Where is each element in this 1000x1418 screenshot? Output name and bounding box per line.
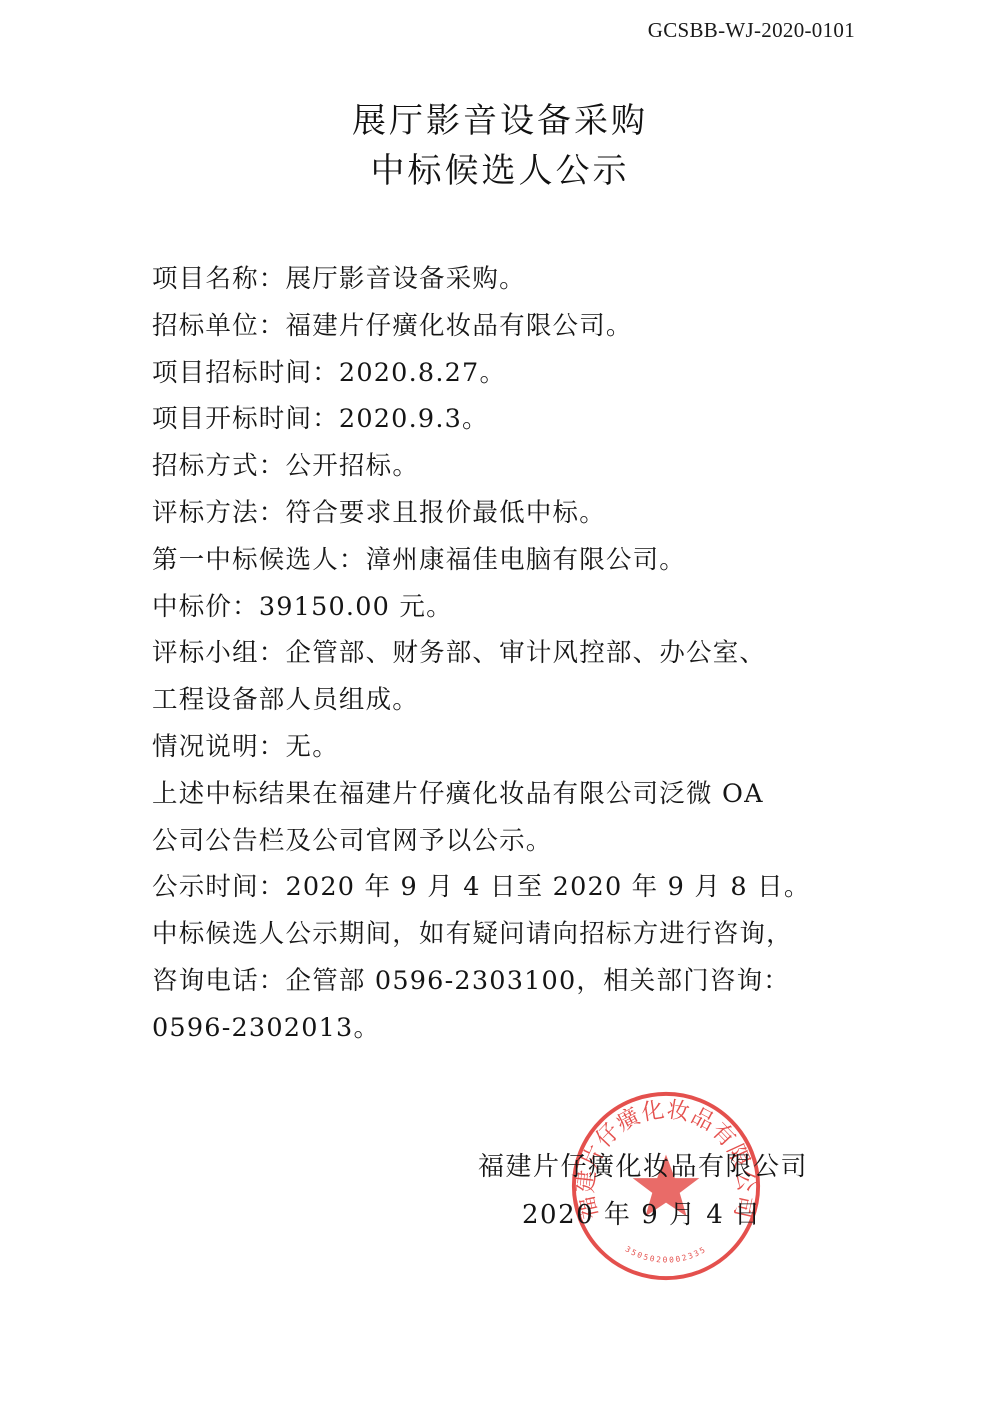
field-value: 展厅影音设备采购。 xyxy=(286,264,526,294)
signature-date: 2020 年 9 月 4 日 xyxy=(478,1191,858,1239)
svg-text:3505020002335: 3505020002335 xyxy=(624,1244,709,1264)
document-code: GCSBB-WJ-2020-0101 xyxy=(648,18,855,43)
field-bid-opening-date: 项目开标时间：2020.9.3。 xyxy=(152,396,872,443)
field-label: 评标小组： xyxy=(152,638,286,668)
field-value: 漳州康福佳电脑有限公司。 xyxy=(366,545,686,575)
field-label: 招标方式： xyxy=(152,451,286,481)
field-value: 企管部、财务部、审计风控部、办公室、 xyxy=(286,638,767,668)
field-value: 符合要求且报价最低中标。 xyxy=(286,498,606,528)
paragraph-line: 0596-2302013。 xyxy=(152,1005,872,1052)
paragraph-line: 情况说明：无。 xyxy=(152,724,872,771)
title-line-1: 展厅影音设备采购 xyxy=(0,96,1000,146)
paragraph-line: 上述中标结果在福建片仔癀化妆品有限公司泛微 OA xyxy=(152,771,872,818)
title-line-2: 中标候选人公示 xyxy=(0,146,1000,196)
field-value: 公开招标。 xyxy=(286,451,420,481)
signature-block: 福建片仔癀化妆品有限公司 2020 年 9 月 4 日 xyxy=(478,1143,858,1239)
field-label: 中标价： xyxy=(152,592,259,622)
field-winning-price: 中标价：39150.00 元。 xyxy=(152,584,872,631)
field-value: 2020.9.3。 xyxy=(339,404,489,434)
field-label: 招标单位： xyxy=(152,311,286,341)
field-tender-method: 招标方式：公开招标。 xyxy=(152,443,872,490)
field-label: 项目招标时间： xyxy=(152,358,339,388)
field-evaluation-panel: 评标小组：企管部、财务部、审计风控部、办公室、 xyxy=(152,630,872,677)
field-label: 项目开标时间： xyxy=(152,404,339,434)
paragraph-line: 中标候选人公示期间，如有疑问请向招标方进行咨询， xyxy=(152,911,872,958)
field-label: 评标方法： xyxy=(152,498,286,528)
signature-company: 福建片仔癀化妆品有限公司 xyxy=(478,1143,858,1191)
field-first-candidate: 第一中标候选人：漳州康福佳电脑有限公司。 xyxy=(152,537,872,584)
paragraph-line: 工程设备部人员组成。 xyxy=(152,677,872,724)
document-body: 项目名称：展厅影音设备采购。 招标单位：福建片仔癀化妆品有限公司。 项目招标时间… xyxy=(152,256,872,1052)
field-project-name: 项目名称：展厅影音设备采购。 xyxy=(152,256,872,303)
field-tender-date: 项目招标时间：2020.8.27。 xyxy=(152,350,872,397)
field-evaluation-method: 评标方法：符合要求且报价最低中标。 xyxy=(152,490,872,537)
field-tendering-unit: 招标单位：福建片仔癀化妆品有限公司。 xyxy=(152,303,872,350)
paragraph-line: 公司公告栏及公司官网予以公示。 xyxy=(152,818,872,865)
field-value: 2020.8.27。 xyxy=(339,358,506,388)
paragraph-line: 咨询电话：企管部 0596-2303100，相关部门咨询： xyxy=(152,958,872,1005)
field-value: 福建片仔癀化妆品有限公司。 xyxy=(286,311,633,341)
field-value: 39150.00 元。 xyxy=(259,592,453,622)
document-title: 展厅影音设备采购 中标候选人公示 xyxy=(0,96,1000,196)
field-label: 项目名称： xyxy=(152,264,286,294)
field-label: 第一中标候选人： xyxy=(152,545,366,575)
paragraph-line: 公示时间：2020 年 9 月 4 日至 2020 年 9 月 8 日。 xyxy=(152,864,872,911)
